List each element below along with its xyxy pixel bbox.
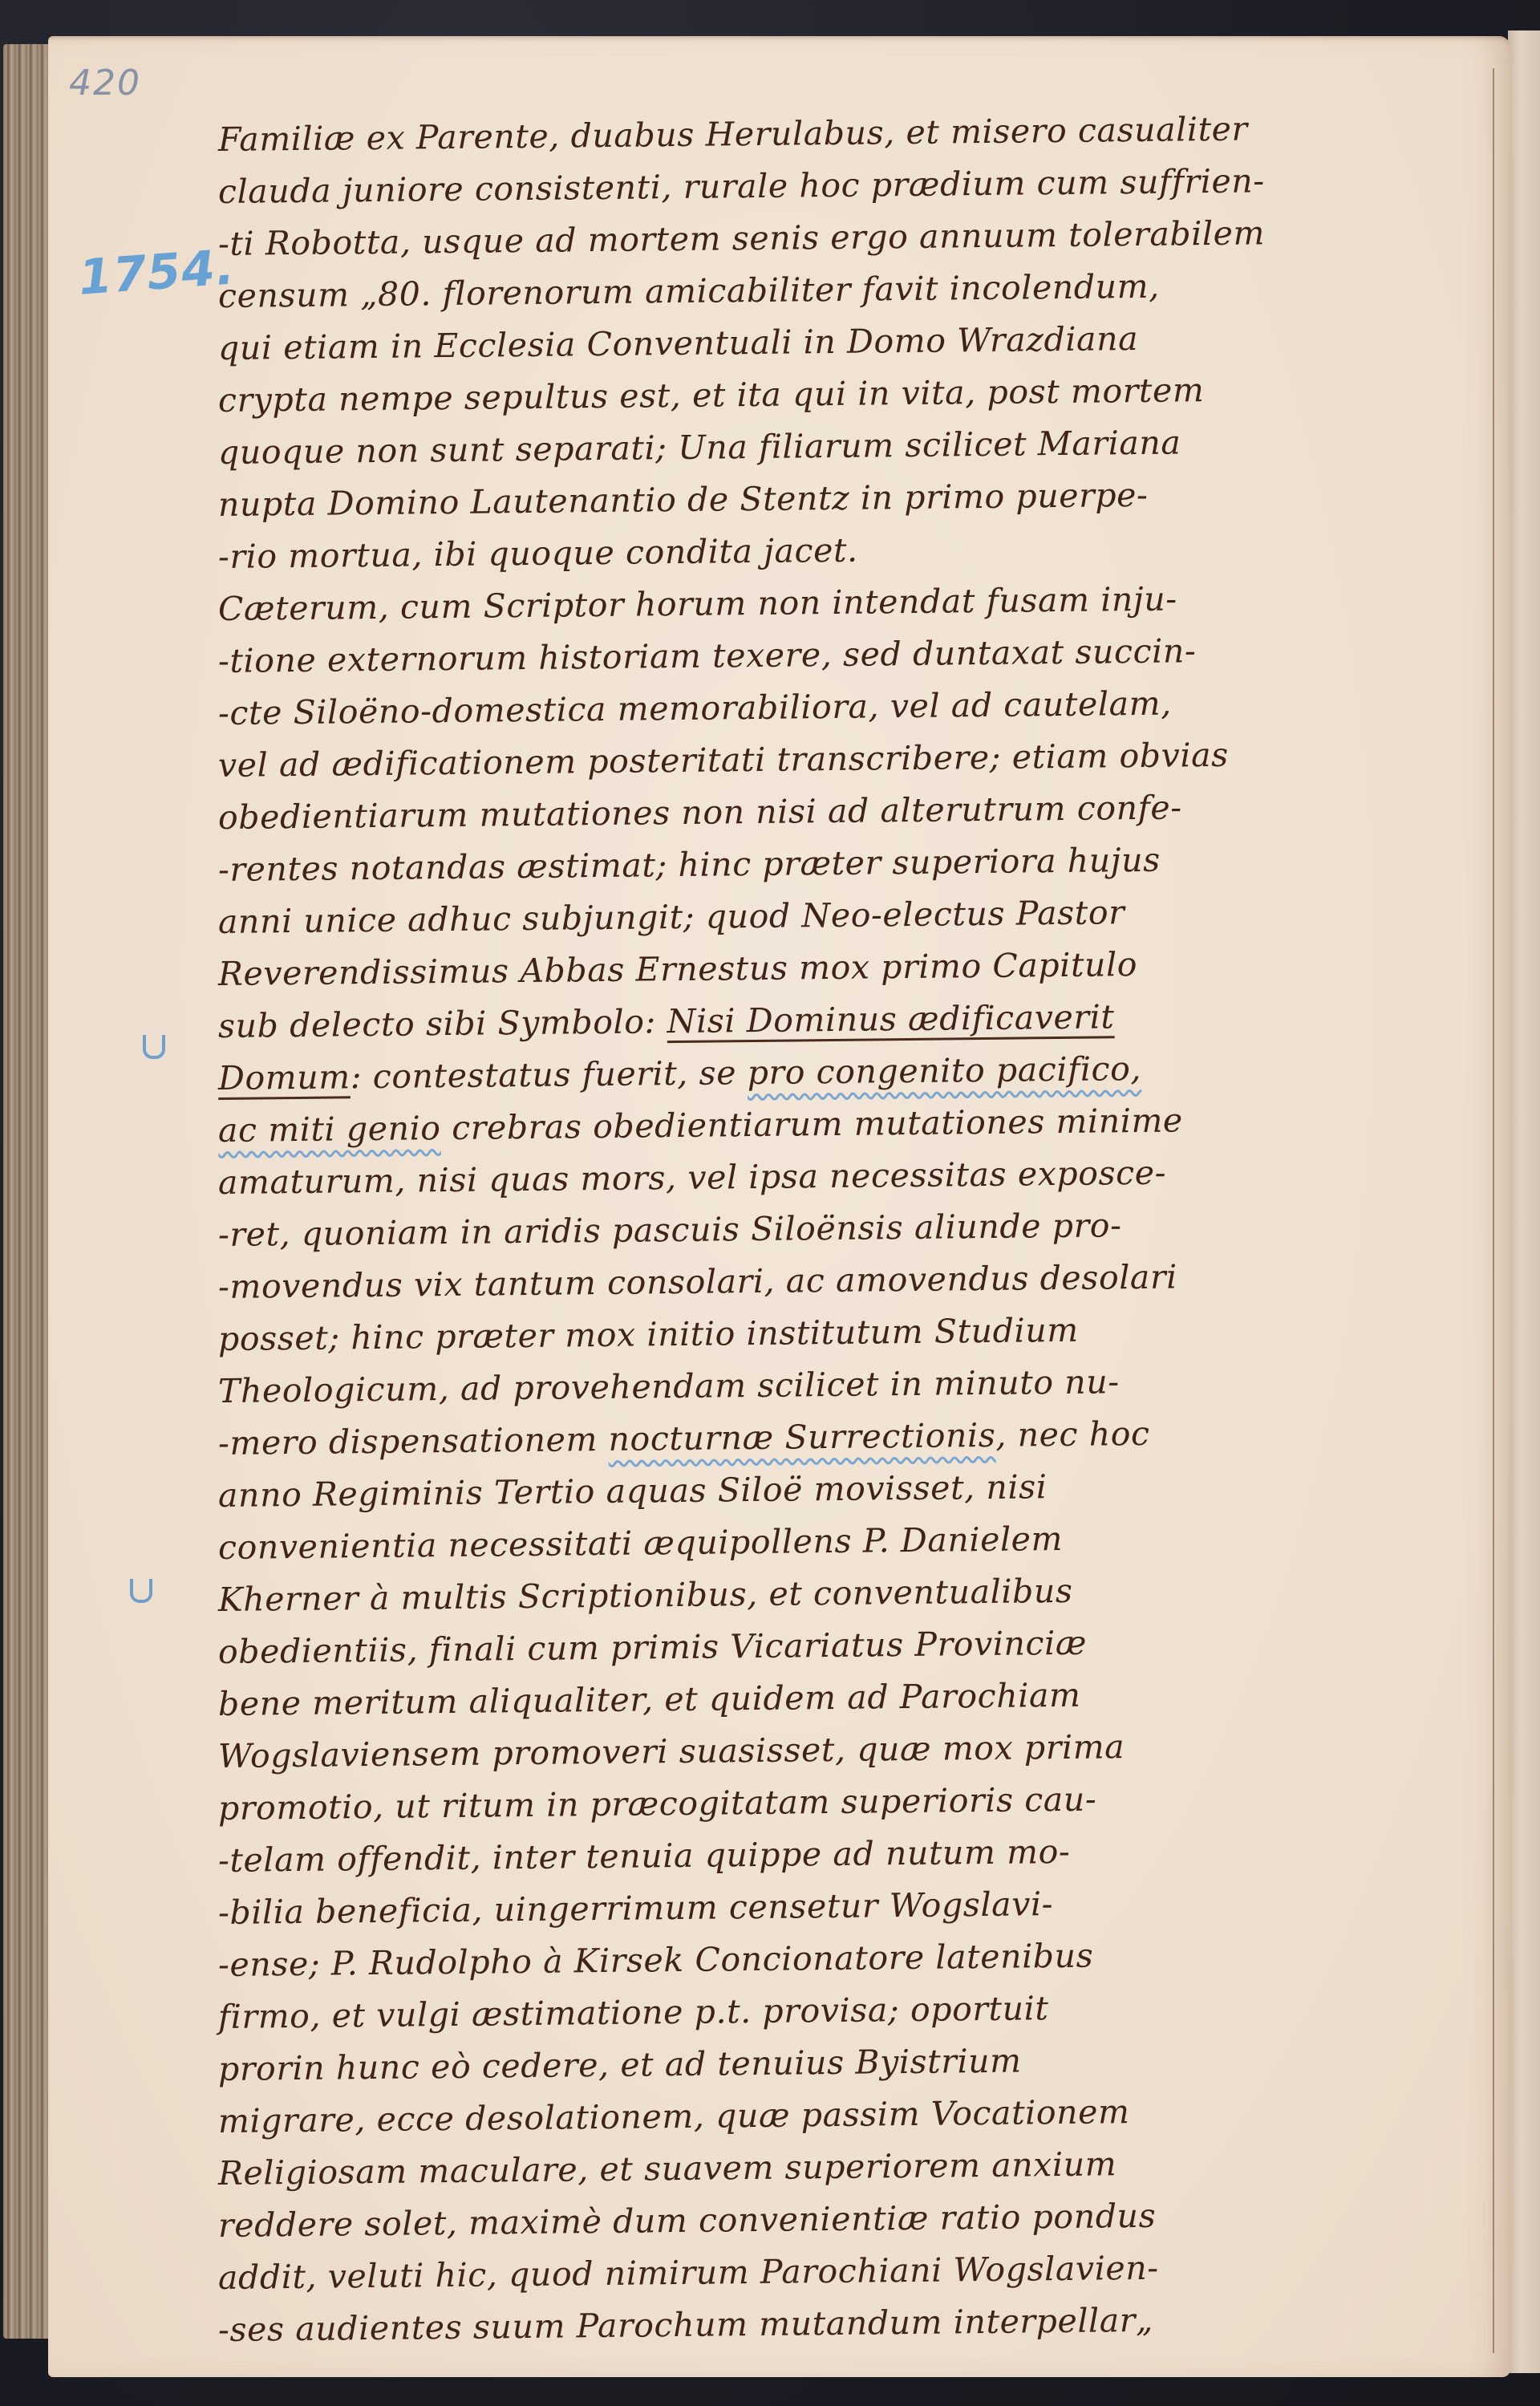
text-segment: : contestatus fuerit, se bbox=[350, 1053, 747, 1096]
text-segment: obedientiarum mutationes non nisi ad alt… bbox=[218, 788, 1182, 837]
text-segment: posset; hinc præter mox initio institutu… bbox=[218, 1311, 1079, 1358]
text-segment: -tione externorum historiam texere, sed … bbox=[218, 631, 1197, 680]
folio-number: 420 bbox=[69, 63, 141, 103]
text-segment: -ses audientes suum Parochum mutandum in… bbox=[218, 2301, 1153, 2349]
text-segment: sub delecto sibi Symbolo: bbox=[218, 1002, 667, 1045]
text-segment: reddere solet, maximè dum convenientiæ r… bbox=[218, 2197, 1157, 2245]
text-segment: Theologicum, ad provehendam scilicet in … bbox=[218, 1362, 1120, 1410]
text-segment: prorin hunc eò cedere, et ad tenuius Byi… bbox=[218, 2042, 1022, 2088]
text-segment: bene meritum aliqualiter, et quidem ad P… bbox=[218, 1676, 1081, 1723]
text-segment: -movendus vix tantum consolari, ac amove… bbox=[218, 1257, 1177, 1306]
text-segment: nupta Domino Lautenantio de Stentz in pr… bbox=[218, 476, 1149, 524]
underlined-phrase: ac miti genio bbox=[218, 1109, 441, 1150]
text-segment: anni unice adhuc subjungit; quod Neo-ele… bbox=[218, 893, 1125, 941]
text-segment: promotio, ut ritum in præcogitatam super… bbox=[218, 1780, 1097, 1828]
text-segment: -rentes notandas æstimat; hinc præter su… bbox=[218, 841, 1161, 889]
handwritten-text-block: Familiæ ex Parente, duabus Herulabus, et… bbox=[218, 114, 1397, 2356]
text-segment: -bilia beneficia, uingerrimum censetur W… bbox=[218, 1885, 1054, 1932]
text-segment: , nec hoc bbox=[995, 1414, 1150, 1455]
text-segment: qui etiam in Ecclesia Conventuali in Dom… bbox=[218, 319, 1139, 367]
text-segment: firmo, et vulgi æstimatione p.t. provisa… bbox=[218, 1989, 1049, 2036]
underlined-phrase: Nisi Dominus ædificaverit bbox=[667, 997, 1114, 1041]
text-segment: -rio mortua, ibi quoque condita jacet. bbox=[218, 531, 858, 576]
underlined-phrase: pro congenito pacifico, bbox=[747, 1049, 1141, 1092]
text-segment: -ret, quoniam in aridis pascuis Siloënsi… bbox=[218, 1206, 1122, 1254]
margin-year-note: 1754. bbox=[77, 239, 237, 306]
text-segment: addit, veluti hic, quod nimirum Parochia… bbox=[218, 2249, 1159, 2297]
text-segment: -ti Robotta, usque ad mortem senis ergo … bbox=[218, 213, 1265, 263]
text-segment: amaturum, nisi quas mors, vel ipsa neces… bbox=[218, 1154, 1167, 1202]
text-segment: convenientia necessitati æquipollens P. … bbox=[218, 1519, 1064, 1567]
text-segment: Kherner à multis Scriptionibus, et conve… bbox=[218, 1572, 1073, 1619]
text-segment: Reverendissimus Abbas Ernestus mox primo… bbox=[218, 945, 1138, 993]
text-segment: quoque non sunt separati; Una filiarum s… bbox=[218, 423, 1181, 472]
facing-page-edge bbox=[1508, 30, 1540, 2373]
text-segment: -mero dispensationem bbox=[218, 1420, 609, 1463]
text-segment: Familiæ ex Parente, duabus Herulabus, et… bbox=[218, 110, 1248, 159]
text-segment: crebras obedientiarum mutationes minime bbox=[440, 1101, 1183, 1147]
text-segment: -cte Siloëno-domestica memorabiliora, ve… bbox=[218, 684, 1172, 732]
text-segment: Religiosam maculare, et suavem superiore… bbox=[218, 2144, 1117, 2193]
text-segment: -ense; P. Rudolpho à Kirsek Concionatore… bbox=[218, 1937, 1094, 1984]
text-segment: crypta nempe sepultus est, et ita qui in… bbox=[218, 371, 1205, 420]
text-segment: obedientiis, finali cum primis Vicariatu… bbox=[218, 1624, 1087, 1671]
text-segment: Cæterum, cum Scriptor horum non intendat… bbox=[218, 579, 1177, 628]
text-segment: anno Regiminis Tertio aquas Siloë moviss… bbox=[218, 1467, 1048, 1515]
text-segment: Wogslaviensem promoveri suasisset, quæ m… bbox=[218, 1727, 1125, 1775]
underlined-phrase: Domum bbox=[218, 1057, 351, 1098]
text-segment: censum „80. florenorum amicabiliter favi… bbox=[218, 267, 1160, 315]
underlined-phrase: nocturnæ Surrectionis bbox=[608, 1416, 995, 1459]
text-segment: -telam offendit, inter tenuia quippe ad … bbox=[218, 1832, 1071, 1880]
text-segment: clauda juniore consistenti, rurale hoc p… bbox=[218, 161, 1265, 211]
blue-check-mark-icon bbox=[130, 1579, 152, 1603]
text-segment: vel ad ædificationem posteritati transcr… bbox=[218, 736, 1229, 785]
blue-check-mark-icon bbox=[143, 1035, 165, 1059]
text-segment: migrare, ecce desolationem, quæ passim V… bbox=[218, 2092, 1130, 2140]
